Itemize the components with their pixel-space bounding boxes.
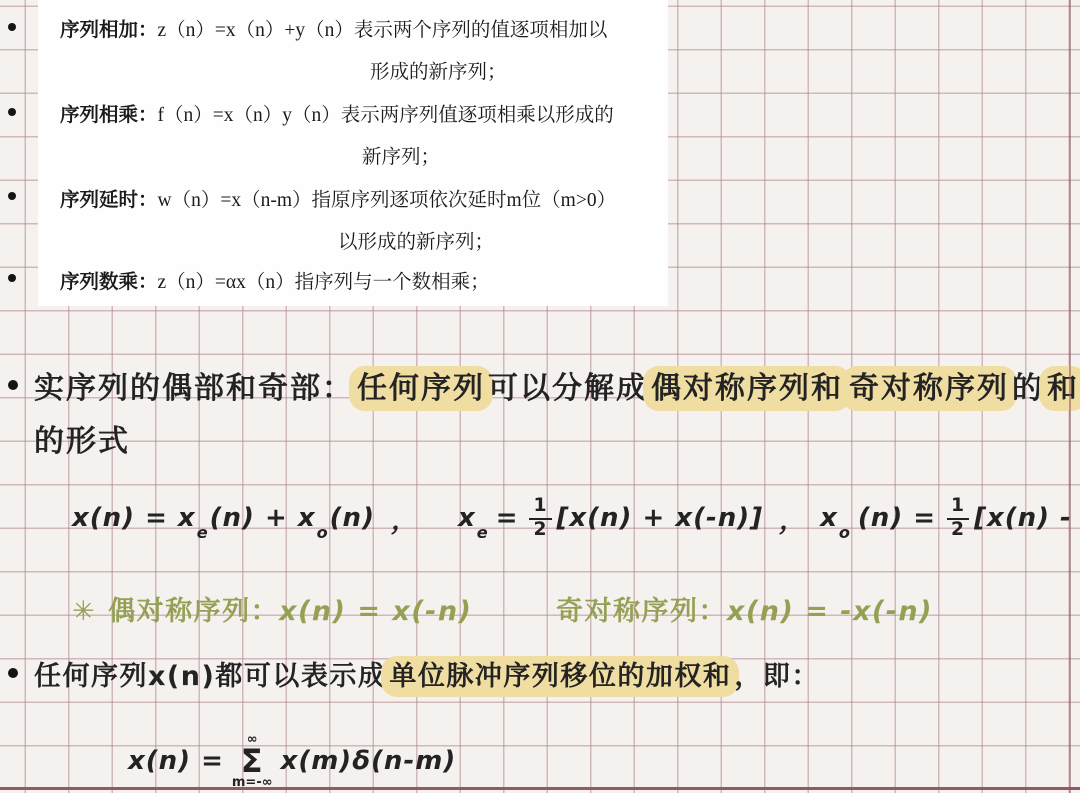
even-odd-mid: 可以分解成 [488,371,648,406]
printed-line-scale: 序列数乘：z（n）=αx（n）指序列与一个数相乘； [60,266,490,294]
odd-symmetric-label: 奇对称序列： [556,596,727,627]
bullet-dot [8,668,18,678]
formula-b-sub-e: e [477,523,489,542]
sigma-summation: ∞Σm=-∞ [232,733,273,789]
formula-c-eq: (n) = [858,503,936,533]
printed-cont-delay: 以形成的新序列； [338,226,494,254]
impulse-pre: 任何序列x(n)都可以表示成 [34,661,386,692]
handwritten-even-odd-heading: 实序列的偶部和奇部：任何序列可以分解成偶对称序列和奇对称序列的和 [34,363,1080,407]
printed-line-multiply: 序列相乘：f（n）=x（n）y（n）表示两序列值逐项相乘以形成的 [60,99,614,127]
highlight-any-sequence: 任何序列 [349,366,493,411]
bullet-dot [8,274,16,282]
printed-cont-add: 形成的新序列； [370,56,507,84]
summation-formula: x(n) = ∞Σm=-∞ x(m)δ(n-m) [128,733,456,789]
printed-term-delay: 序列延时： [60,190,158,211]
formula-a-end: (n) [330,503,375,533]
printed-term-multiply: 序列相乘： [60,105,158,126]
even-symmetric-label: 偶对称序列： [108,596,279,627]
formula-a-mid: (n) + x [210,503,316,533]
sum-lhs: x(n) = [128,746,224,776]
even-odd-line2: 的形式 [34,416,130,460]
even-symmetric-definition: ✳偶对称序列：x(n) = x(-n) [72,589,472,628]
printed-term-scale: 序列数乘： [60,272,158,293]
page-bottom-rule [0,787,1080,790]
odd-symmetric-definition: 奇对称序列：x(n) = -x(-n) [556,589,933,628]
formula-b-body: [x(n) + x(-n)] [557,503,764,533]
sigma-icon: Σ [241,745,264,777]
fraction-one-half: 12 [947,496,969,540]
formula-a-sub-e: e [197,523,209,542]
impulse-sum-heading: 任何序列x(n)都可以表示成单位脉冲序列移位的加权和，即： [34,654,820,693]
fraction-numerator: 1 [529,496,551,520]
formula-a-sub-o: o [317,523,329,542]
decomposition-formula: x(n) = xe(n) + xo(n) ， xe= 12 [x(n) + x(… [72,496,1080,540]
formula-c-body: [x(n) - x(-n)] [974,503,1080,533]
note-page: 序列相加：z（n）=x（n）+y（n）表示两个序列的值逐项相加以 形成的新序列；… [0,0,1080,793]
printed-text-delay: w（n）=x（n-m）指原序列逐项依次延时m位（m>0） [158,190,617,211]
formula-a-x: x(n) = x [72,503,196,533]
formula-comma: ， [779,500,806,537]
printed-line-add: 序列相加：z（n）=x（n）+y（n）表示两个序列的值逐项相加以 [60,14,607,42]
printed-text-add: z（n）=x（n）+y（n）表示两个序列的值逐项相加以 [158,20,608,41]
even-odd-label: 实序列的偶部和奇部： [34,371,354,406]
printed-cont-multiply: 新序列； [362,141,440,169]
printed-term-add: 序列相加： [60,20,158,41]
bullet-dot [8,23,16,31]
fraction-one-half: 12 [529,496,551,540]
formula-b-eq: = [496,503,519,533]
fraction-denominator: 2 [533,520,547,541]
highlight-sum: 和 [1039,366,1080,411]
highlight-even-symmetric: 偶对称序列和 [643,366,851,411]
sum-rhs: x(m)δ(n-m) [281,746,457,776]
fraction-numerator: 1 [947,496,969,520]
formula-c-x: x [820,503,838,533]
impulse-post: ，即： [734,661,820,692]
printed-line-delay: 序列延时：w（n）=x（n-m）指原序列逐项依次延时m位（m>0） [60,184,616,212]
page-right-rule [1069,0,1071,793]
printed-text-multiply: f（n）=x（n）y（n）表示两序列值逐项相乘以形成的 [158,105,614,126]
formula-c-sub-o: o [839,523,851,542]
formula-b-x: x [458,503,476,533]
printed-text-scale: z（n）=αx（n）指序列与一个数相乘； [158,272,490,293]
bullet-dot [8,108,16,116]
fraction-denominator: 2 [951,520,965,541]
highlight-odd-symmetric: 奇对称序列 [841,366,1017,411]
odd-symmetric-equation: x(n) = -x(-n) [727,596,933,627]
formula-comma: ， [391,500,418,537]
bullet-dot [8,192,16,200]
printed-textbook-panel: 序列相加：z（n）=x（n）+y（n）表示两个序列的值逐项相加以 形成的新序列；… [38,0,668,306]
highlight-impulse-weighted-sum: 单位脉冲序列移位的加权和 [381,656,739,697]
bullet-dot [8,380,18,390]
star-icon: ✳ [72,596,96,627]
even-symmetric-equation: x(n) = x(-n) [279,596,472,627]
